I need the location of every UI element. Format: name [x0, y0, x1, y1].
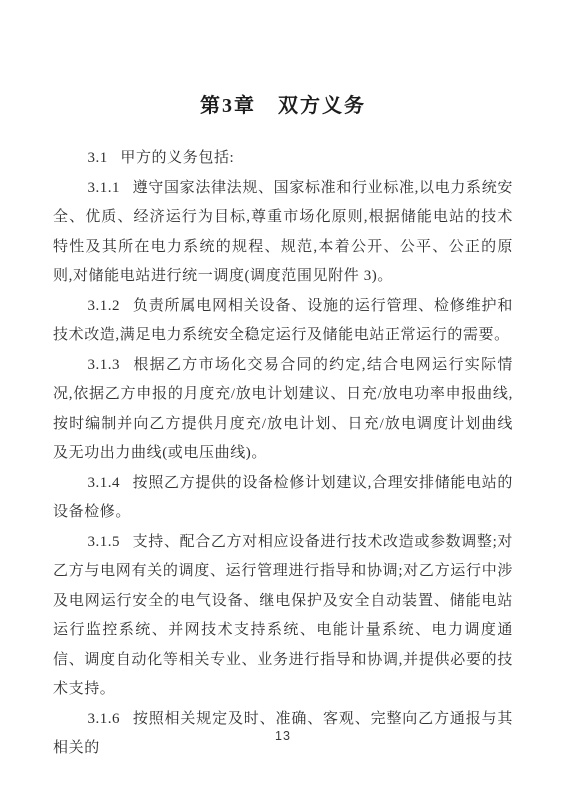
clause-number: 3.1.1	[88, 180, 121, 196]
clause-3-1-3: 3.1.3 根据乙方市场化交易合同的约定,结合电网运行实际情况,依据乙方申报的月…	[53, 351, 513, 469]
clause-text: 支持、配合乙方对相应设备进行技术改造或参数调整;对乙方与电网有关的调度、运行管理…	[53, 534, 513, 698]
clause-text: 遵守国家法律法规、国家标准和行业标准,以电力系统安全、优质、经济运行为目标,尊重…	[53, 180, 513, 285]
clause-number: 3.1.3	[88, 357, 121, 373]
clause-3-1-1: 3.1.1 遵守国家法律法规、国家标准和行业标准,以电力系统安全、优质、经济运行…	[53, 174, 513, 292]
clause-number: 3.1	[88, 150, 108, 166]
clause-3-1-2: 3.1.2 负责所属电网相关设备、设施的运行管理、检修维护和技术改造,满足电力系…	[53, 292, 513, 351]
clause-number: 3.1.4	[88, 475, 121, 491]
clause-text: 按照乙方提供的设备检修计划建议,合理安排储能电站的设备检修。	[53, 475, 513, 521]
chapter-title: 第3章 双方义务	[53, 92, 513, 120]
page-number: 13	[0, 729, 566, 743]
clause-text: 甲方的义务包括:	[120, 150, 234, 166]
clause-3-1: 3.1 甲方的义务包括:	[53, 144, 513, 174]
document-page: 第3章 双方义务 3.1 甲方的义务包括: 3.1.1 遵守国家法律法规、国家标…	[0, 0, 566, 800]
clause-3-1-5: 3.1.5 支持、配合乙方对相应设备进行技术改造或参数调整;对乙方与电网有关的调…	[53, 528, 513, 705]
clause-text: 根据乙方市场化交易合同的约定,结合电网运行实际情况,依据乙方申报的月度充/放电计…	[53, 357, 513, 462]
clause-3-1-4: 3.1.4 按照乙方提供的设备检修计划建议,合理安排储能电站的设备检修。	[53, 469, 513, 528]
clause-number: 3.1.2	[88, 298, 121, 314]
clause-text: 负责所属电网相关设备、设施的运行管理、检修维护和技术改造,满足电力系统安全稳定运…	[53, 298, 513, 344]
clause-number: 3.1.6	[88, 711, 121, 727]
clause-number: 3.1.5	[88, 534, 121, 550]
